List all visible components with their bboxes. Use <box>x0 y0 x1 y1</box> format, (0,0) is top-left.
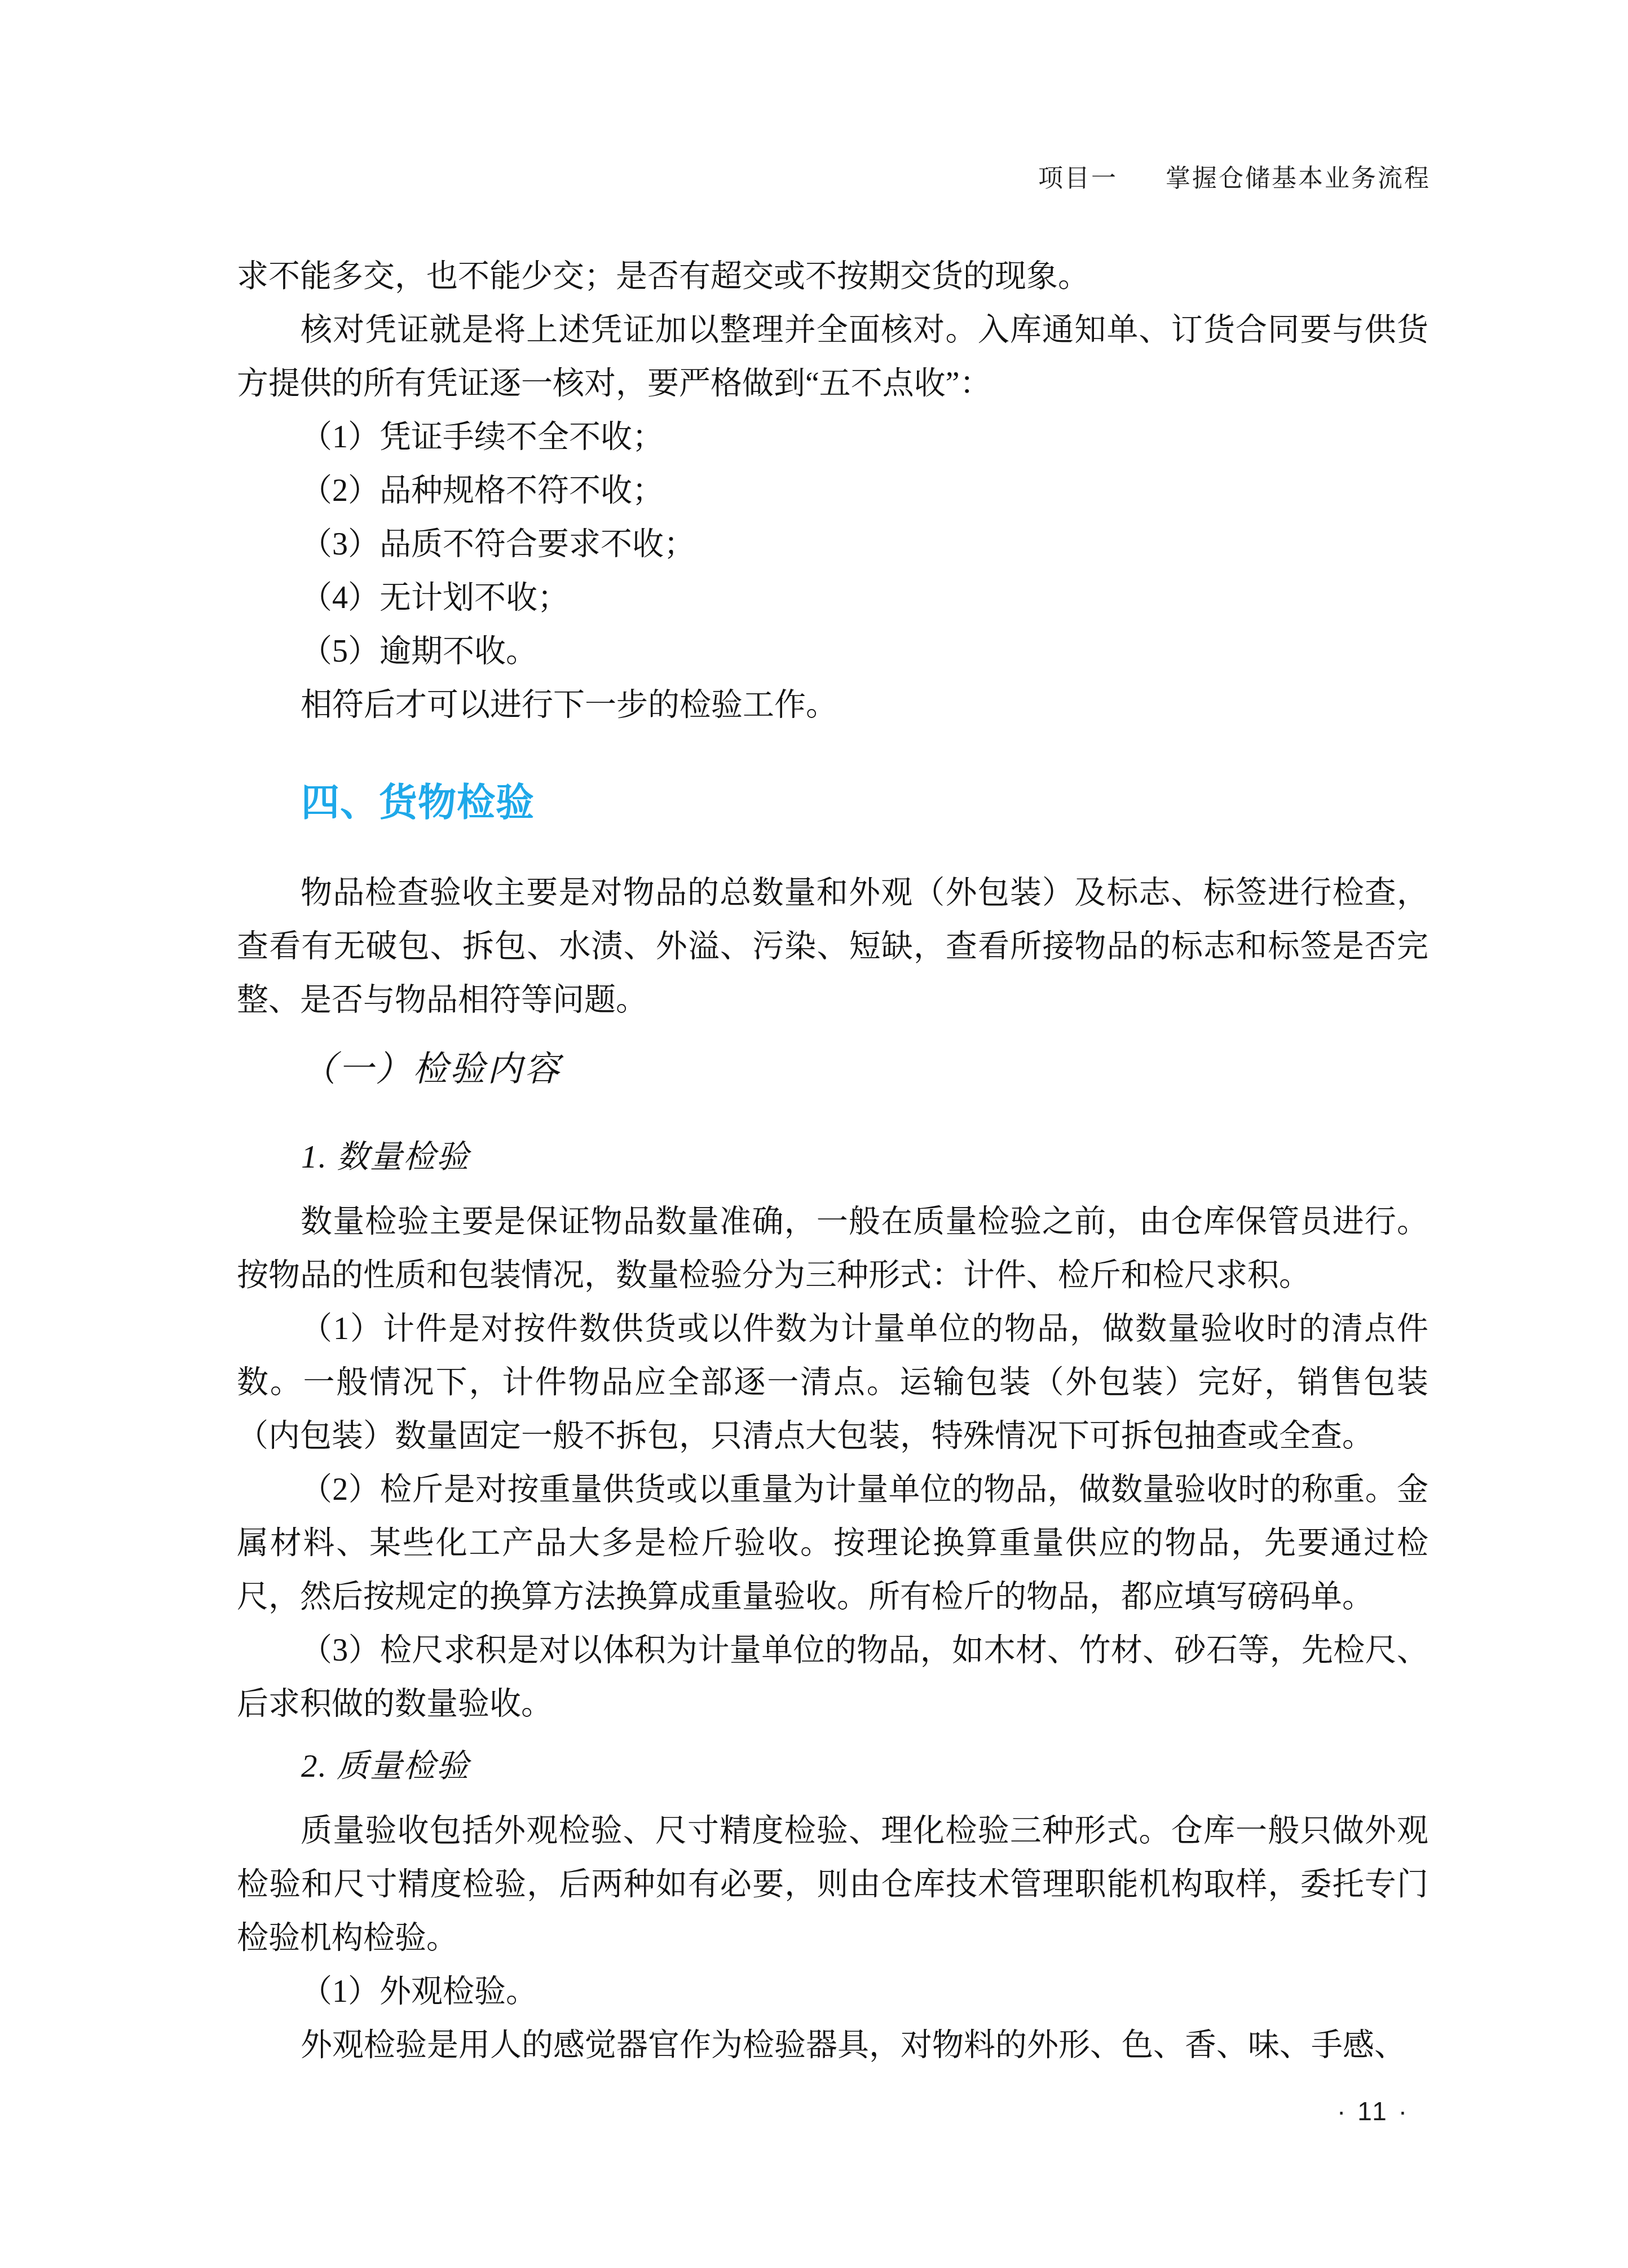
body-paragraph: 质量验收包括外观检验、尺寸精度检验、理化检验三种形式。仓库一般只做外观检验和尺寸… <box>237 1804 1428 1965</box>
content-area: 求不能多交，也不能少交；是否有超交或不按期交货的现象。 核对凭证就是将上述凭证加… <box>237 250 1428 2072</box>
body-paragraph: （3）检尺求积是对以体积为计量单位的物品，如木材、竹材、砂石等，先检尺、后求积做… <box>237 1624 1428 1731</box>
body-paragraph: （2）检斤是对按重量供货或以重量为计量单位的物品，做数量验收时的称重。金属材料、… <box>237 1463 1428 1624</box>
list-item-4: （4）无计划不收； <box>237 571 1428 625</box>
body-paragraph: 相符后才可以进行下一步的检验工作。 <box>237 679 1428 732</box>
body-paragraph: 数量检验主要是保证物品数量准确，一般在质量检验之前，由仓库保管员进行。按物品的性… <box>237 1195 1428 1302</box>
running-head-title: 掌握仓储基本业务流程 <box>1166 165 1431 192</box>
numbered-heading-quantity-inspection: 1. 数量检验 <box>301 1130 1428 1184</box>
list-item-2: （2）品种规格不符不收； <box>237 464 1428 518</box>
document-page: 项目一掌握仓储基本业务流程 求不能多交，也不能少交；是否有超交或不按期交货的现象… <box>0 0 1628 2268</box>
page-number: · 11 · <box>1337 2096 1409 2126</box>
list-item-5: （5）逾期不收。 <box>237 625 1428 679</box>
list-item-1: （1）凭证手续不全不收； <box>237 411 1428 464</box>
body-paragraph: 物品检查验收主要是对物品的总数量和外观（外包装）及标志、标签进行检查，查看有无破… <box>237 866 1428 1027</box>
list-item-3: （3）品质不符合要求不收； <box>237 518 1428 571</box>
body-paragraph-continuation: 求不能多交，也不能少交；是否有超交或不按期交货的现象。 <box>237 250 1428 303</box>
body-paragraph-continuation: 外观检验是用人的感觉器官作为检验器具，对物料的外形、色、香、味、手感、 <box>237 2019 1428 2072</box>
running-head: 项目一掌握仓储基本业务流程 <box>1038 158 1431 194</box>
body-paragraph: 核对凭证就是将上述凭证加以整理并全面核对。入库通知单、订货合同要与供货方提供的所… <box>237 303 1428 411</box>
body-paragraph: （1）计件是对按件数供货或以件数为计量单位的物品，做数量验收时的清点件数。一般情… <box>237 1302 1428 1463</box>
running-head-chapter: 项目一 <box>1038 165 1118 192</box>
numbered-heading-quality-inspection: 2. 质量检验 <box>301 1739 1428 1793</box>
section-heading-goods-inspection: 四、货物检验 <box>301 772 1428 834</box>
subsection-heading-inspection-content: （一）检验内容 <box>301 1043 1428 1096</box>
body-paragraph: （1）外观检验。 <box>237 1965 1428 2019</box>
